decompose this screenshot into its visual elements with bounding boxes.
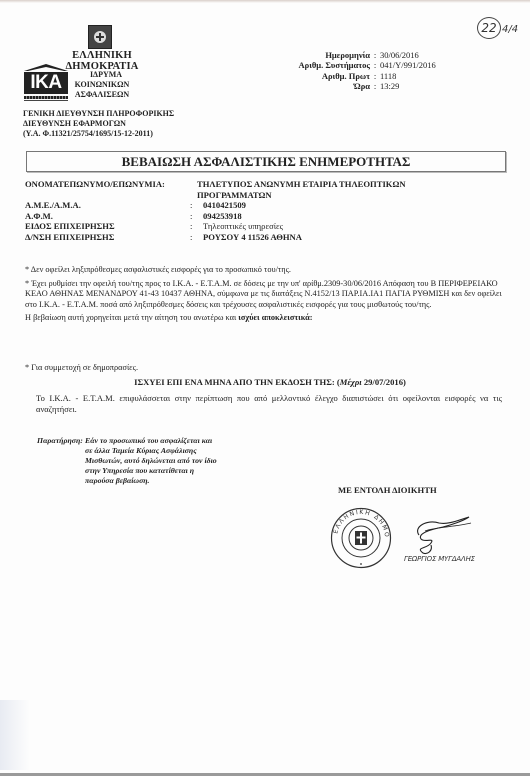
meta-label: Ώρα bbox=[278, 81, 370, 91]
signatory-name: ΓΕΩΡΓΙΟΣ ΜΥΓΔΑΛΗΣ bbox=[404, 555, 475, 563]
field-label: Α.Μ.Ε./Α.Μ.Α. bbox=[25, 200, 190, 211]
field-separator: : bbox=[190, 211, 203, 222]
field-label: ΕΙΔΟΣ ΕΠΙΧΕΙΡΗΣΗΣ bbox=[25, 221, 190, 232]
institution-line: ΙΔΡΥΜΑ bbox=[72, 70, 132, 80]
page-fraction: 4/4 bbox=[502, 24, 518, 35]
field-value-line: ΤΗΛΕΤΥΠΟΣ ΑΝΩΝΥΜΗ ΕΤΑΙΡΙΑ ΤΗΛΕΟΠΤΙΚΩΝ bbox=[197, 179, 497, 190]
ika-logo-text: IKA bbox=[24, 72, 68, 94]
validity-until-date: 29/07/2016) bbox=[362, 377, 406, 387]
validity-text: ΙΣΧΥΕΙ ΕΠΙ ΕΝΑ ΜΗΝΑ ΑΠΟ ΤΗΝ ΕΚΔΟΣΗ ΤΗΣ: … bbox=[134, 377, 340, 387]
field-value-line: ΠΡΟΓΡΑΜΜΑΤΩΝ bbox=[197, 190, 497, 201]
meta-separator: : bbox=[370, 60, 380, 70]
certificate-notes: * Δεν οφείλει ληξιπρόθεσμες ασφαλιστικές… bbox=[25, 265, 505, 327]
field-value: ΤΗΛΕΤΥΠΟΣ ΑΝΩΝΥΜΗ ΕΤΑΙΡΙΑ ΤΗΛΕΟΠΤΙΚΩΝ ΠΡ… bbox=[185, 179, 497, 200]
scan-top-edge bbox=[0, 0, 530, 3]
meta-value: 041/Υ/991/2016 bbox=[380, 60, 436, 70]
field-value: Τηλεοπτικές υπηρεσίες bbox=[203, 221, 503, 232]
institution-line: ΚΟΙΝΩΝΙΚΩΝ bbox=[72, 80, 132, 90]
meta-label: Αριθμ. Πρωτ bbox=[278, 71, 370, 81]
field-value: ΡΟΥΣΟΥ 4 11526 ΑΘΗΝΑ bbox=[203, 232, 503, 243]
document-metadata: Ημερομηνία:30/06/2016 Αριθμ. Συστήματος:… bbox=[278, 50, 436, 91]
meta-label: Ημερομηνία bbox=[278, 50, 370, 60]
signature-scribble-icon bbox=[405, 513, 475, 557]
official-stamp-icon: ΕΛΛΗΝΙΚΗ ΔΗΜΟΚΡΑΤΙΑ bbox=[330, 507, 392, 569]
field-row-business-type: ΕΙΔΟΣ ΕΠΙΧΕΙΡΗΣΗΣ : Τηλεοπτικές υπηρεσίε… bbox=[25, 221, 503, 232]
remark-block: Παρατήρηση: Εάν το προσωπικό του ασφαλίζ… bbox=[37, 436, 227, 486]
field-row-name: ΟΝΟΜΑΤΕΠΩΝΥΜΟ/ΕΠΩΝΥΜΙΑ: ΤΗΛΕΤΥΠΟΣ ΑΝΩΝΥΜ… bbox=[25, 179, 503, 200]
scan-left-shadow bbox=[0, 700, 30, 770]
handwritten-page-number: 224/4 bbox=[477, 17, 518, 39]
institution-line: ΑΣΦΑΛΙΣΕΩΝ bbox=[72, 90, 132, 100]
meta-value: 13:29 bbox=[380, 81, 399, 91]
directorate-line: ΓΕΝΙΚΗ ΔΙΕΥΘΥΝΣΗ ΠΛΗΡΟΦΟΡΙΚΗΣ bbox=[23, 109, 174, 119]
ika-logo: IKA bbox=[24, 64, 68, 102]
remark-text: Εάν το προσωπικό του ασφαλίζεται και σε … bbox=[85, 436, 219, 486]
directorate-decision: (Υ.Α. Φ.11321/25754/1695/15-12-2011) bbox=[23, 129, 174, 139]
field-label: Δ/ΝΣΗ ΕΠΙΧΕΙΡΗΣΗΣ bbox=[25, 232, 190, 243]
field-value: 094253918 bbox=[203, 211, 503, 222]
note-no-debt: * Δεν οφείλει ληξιπρόθεσμες ασφαλιστικές… bbox=[25, 265, 505, 276]
ika-logo-underline bbox=[24, 100, 68, 101]
reservation-clause: Το Ι.Κ.Α. - Ε.Τ.Α.Μ. επιφυλάσσεται στην … bbox=[36, 393, 502, 415]
note-issued: Η βεβαίωση αυτή χορηγείται μετά την αίτη… bbox=[25, 313, 505, 324]
field-label: Α.Φ.Μ. bbox=[25, 211, 190, 222]
greek-coat-of-arms-icon bbox=[88, 25, 112, 49]
signature-authority: ΜΕ ΕΝΤΟΛΗ ΔΙΟΙΚΗΤΗ bbox=[338, 485, 437, 495]
field-label: ΟΝΟΜΑΤΕΠΩΝΥΜΟ/ΕΠΩΝΥΜΙΑ: bbox=[25, 179, 185, 200]
meta-separator: : bbox=[370, 50, 380, 60]
meta-separator: : bbox=[370, 71, 380, 81]
field-separator: : bbox=[190, 232, 203, 243]
directorate-block: ΓΕΝΙΚΗ ΔΙΕΥΘΥΝΣΗ ΠΛΗΡΟΦΟΡΙΚΗΣ ΔΙΕΥΘΥΝΣΗ … bbox=[23, 109, 174, 139]
note-issued-text: Η βεβαίωση αυτή χορηγείται μετά την αίτη… bbox=[25, 313, 238, 322]
meta-row-system-number: Αριθμ. Συστήματος:041/Υ/991/2016 bbox=[278, 60, 436, 70]
meta-value: 1118 bbox=[380, 71, 396, 81]
field-separator: : bbox=[190, 221, 203, 232]
meta-row-time: Ώρα:13:29 bbox=[278, 81, 436, 91]
meta-row-protocol-number: Αριθμ. Πρωτ:1118 bbox=[278, 71, 436, 81]
field-row-address: Δ/ΝΣΗ ΕΠΙΧΕΙΡΗΣΗΣ : ΡΟΥΣΟΥ 4 11526 ΑΘΗΝΑ bbox=[25, 232, 503, 243]
institution-name: ΙΔΡΥΜΑ ΚΟΙΝΩΝΙΚΩΝ ΑΣΦΑΛΙΣΕΩΝ bbox=[72, 70, 132, 100]
ika-logo-bar bbox=[24, 96, 68, 99]
employer-details: ΟΝΟΜΑΤΕΠΩΝΥΜΟ/ΕΠΩΝΥΜΙΑ: ΤΗΛΕΤΥΠΟΣ ΑΝΩΝΥΜ… bbox=[25, 179, 503, 243]
remark-label: Παρατήρηση: bbox=[37, 436, 85, 486]
validity-line: ΙΣΧΥΕΙ ΕΠΙ ΕΝΑ ΜΗΝΑ ΑΠΟ ΤΗΝ ΕΚΔΟΣΗ ΤΗΣ: … bbox=[0, 377, 530, 387]
note-issued-bold: ισχύει αποκλειστικά: bbox=[238, 313, 312, 322]
field-row-ame: Α.Μ.Ε./Α.Μ.Α. : 0410421509 bbox=[25, 200, 503, 211]
page-number-circled: 22 bbox=[477, 17, 501, 39]
document-title: ΒΕΒΑΙΩΣΗ ΑΣΦΑΛΙΣΤΙΚΗΣ ΕΝΗΜΕΡΟΤΗΤΑΣ bbox=[26, 151, 506, 172]
field-separator: : bbox=[190, 200, 203, 211]
purpose-line: * Για συμμετοχή σε δημοπρασίες. bbox=[25, 363, 138, 372]
field-value: 0410421509 bbox=[203, 200, 503, 211]
meta-row-date: Ημερομηνία:30/06/2016 bbox=[278, 50, 436, 60]
validity-until-label: Μέχρι bbox=[340, 377, 362, 387]
directorate-line: ΔΙΕΥΘΥΝΣΗ ΕΦΑΡΜΟΓΩΝ bbox=[23, 119, 174, 129]
meta-separator: : bbox=[370, 81, 380, 91]
meta-value: 30/06/2016 bbox=[380, 50, 419, 60]
note-payment-arrangement: * Έχει ρυθμίσει την οφειλή του/της προς … bbox=[25, 279, 505, 311]
signature: ΓΕΩΡΓΙΟΣ ΜΥΓΔΑΛΗΣ bbox=[405, 513, 505, 573]
ika-roof-icon bbox=[24, 64, 68, 71]
field-row-afm: Α.Φ.Μ. : 094253918 bbox=[25, 211, 503, 222]
meta-label: Αριθμ. Συστήματος bbox=[278, 60, 370, 70]
